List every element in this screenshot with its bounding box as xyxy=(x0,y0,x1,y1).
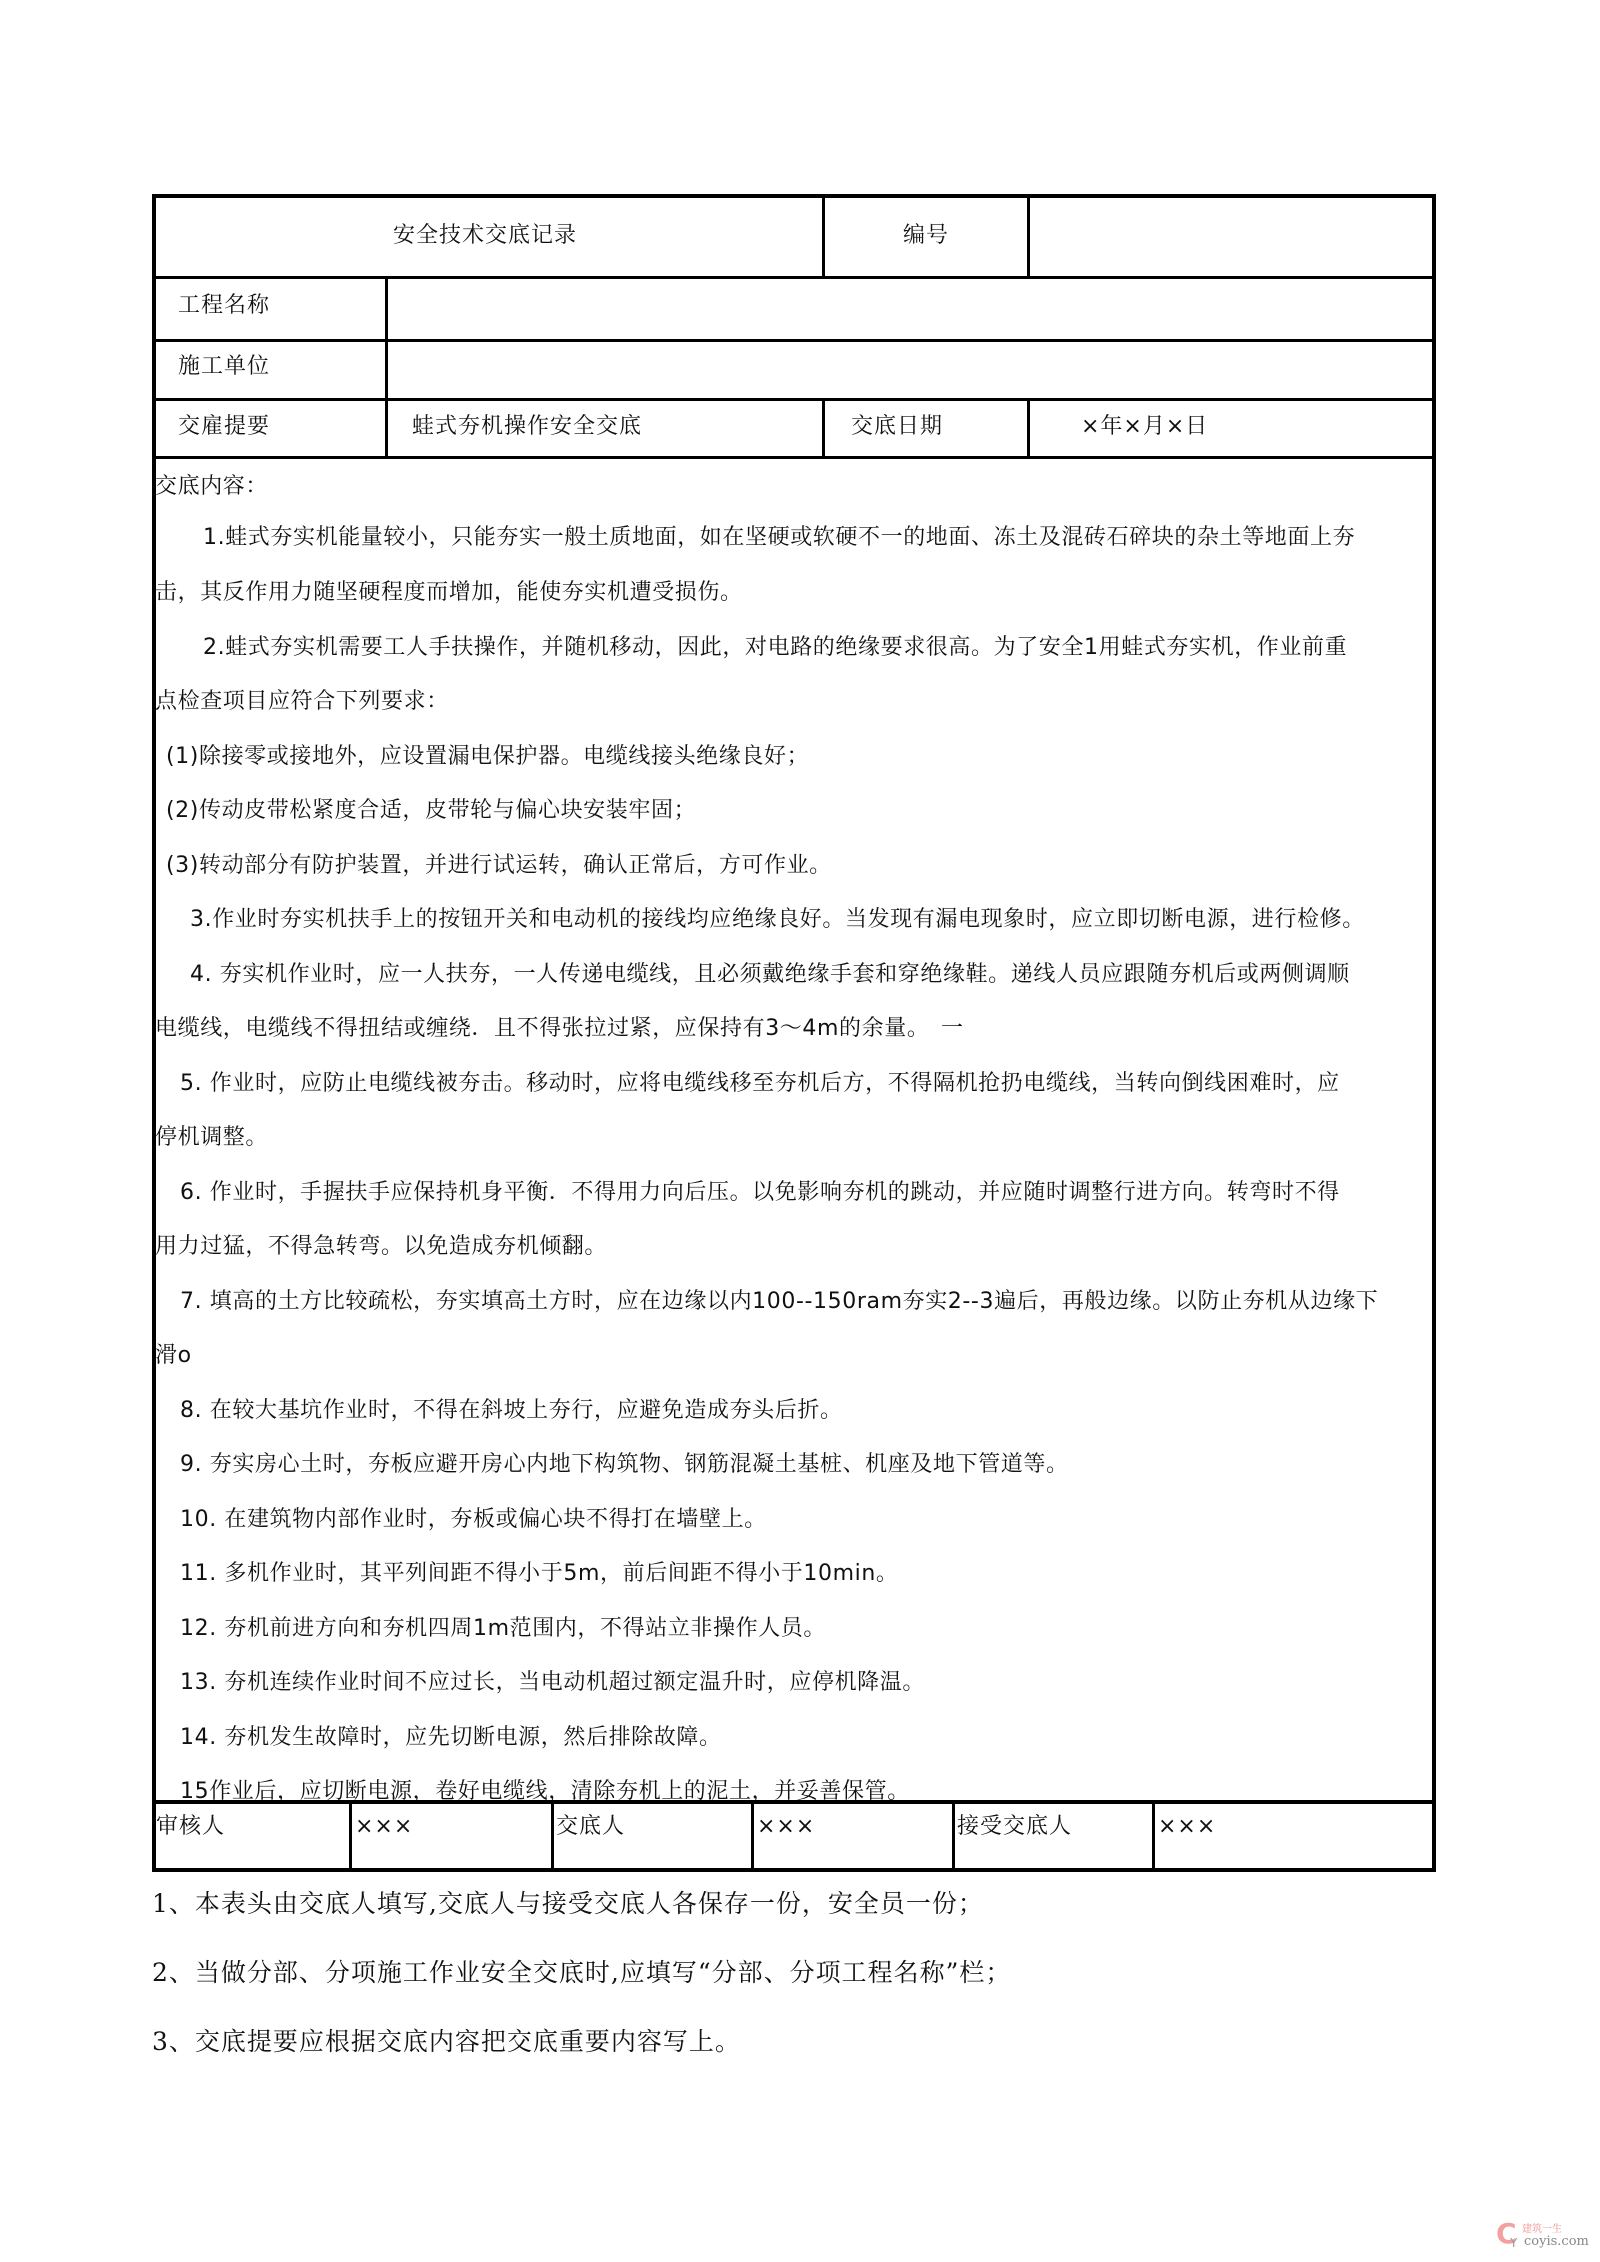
col-divider xyxy=(1027,398,1030,459)
summary-label: 交雇提要 xyxy=(178,414,270,440)
content-line: 3.作业时夯实机扶手上的按钮开关和电动机的接线均应绝缘良好。当发现有漏电现象时，… xyxy=(190,906,1365,934)
construction-unit-field[interactable] xyxy=(388,342,1430,398)
reviewer-value: ××× xyxy=(355,1814,413,1840)
content-line: 停机调整。 xyxy=(155,1124,268,1152)
watermark-logo-sub: Y xyxy=(1510,2236,1517,2250)
content-line: 击，其反作用力随坚硬程度而增加，能使夯实机遭受损伤。 xyxy=(155,579,743,607)
number-label: 编号 xyxy=(903,223,949,249)
content-line: 电缆线，电缆线不得扭结或缠绕．且不得张拉过紧，应保持有3～4m的余量。 一 xyxy=(155,1015,964,1043)
construction-unit-label: 施工单位 xyxy=(178,354,270,380)
reviewer-label: 审核人 xyxy=(156,1814,225,1840)
content-line: 2.蛙式夯实机需要工人手扶操作，并随机移动，因此，对电路的绝缘要求很高。为了安全… xyxy=(203,634,1347,662)
discloser-value: ××× xyxy=(757,1814,815,1840)
project-name-field[interactable] xyxy=(388,279,1430,339)
content-line: 滑o xyxy=(155,1342,192,1370)
content-line: 5. 作业时，应防止电缆线被夯击。移动时，应将电缆线移至夯机后方，不得隔机抢扔电… xyxy=(180,1070,1340,1098)
content-line: 7. 填高的土方比较疏松，夯实填高土方时，应在边缘以内100--150ram夯实… xyxy=(180,1288,1378,1316)
footnote-2: 2、当做分部、分项施工作业安全交底时,应填写“分部、分项工程名称”栏； xyxy=(152,1958,1011,1988)
watermark-cn-text: 建筑一生 xyxy=(1522,2220,1562,2235)
content-line: 点检查项目应符合下列要求： xyxy=(155,688,449,716)
content-line: 14. 夯机发生故障时，应先切断电源，然后排除故障。 xyxy=(180,1724,722,1752)
table-right-border xyxy=(1432,194,1436,1872)
content-line: (1)除接零或接地外，应设置漏电保护器。电缆线接头绝缘良好； xyxy=(166,743,809,771)
table-bottom-border xyxy=(152,1868,1436,1872)
content-line: 1.蛙式夯实机能量较小，只能夯实一般土质地面，如在坚硬或软硬不一的地面、冻土及混… xyxy=(203,524,1355,552)
form-title: 安全技术交底记录 xyxy=(393,223,577,249)
signature-row-top-border xyxy=(152,1800,1436,1804)
content-line: 6. 作业时，手握扶手应保持机身平衡．不得用力向后压。以免影响夯机的跳动，并应随… xyxy=(180,1179,1340,1207)
content-line: 8. 在较大基坑作业时，不得在斜坡上夯行，应避免造成夯头后折。 xyxy=(180,1397,843,1425)
content-line: (2)传动皮带松紧度合适，皮带轮与偏心块安装牢固； xyxy=(166,797,696,825)
content-line: 4. 夯实机作业时，应一人扶夯，一人传递电缆线，且必须戴绝缘手套和穿绝缘鞋。递线… xyxy=(190,961,1350,989)
date-label: 交底日期 xyxy=(851,414,943,440)
receiver-label: 接受交底人 xyxy=(957,1814,1072,1840)
row-divider xyxy=(152,398,1436,401)
content-line: 12. 夯机前进方向和夯机四周1m范围内，不得站立非操作人员。 xyxy=(180,1615,826,1643)
content-line: 9. 夯实房心土时，夯板应避开房心内地下构筑物、钢筋混凝土基桩、机座及地下管道等… xyxy=(180,1451,1069,1479)
col-divider xyxy=(952,1800,955,1872)
col-divider xyxy=(822,398,825,459)
content-line: 10. 在建筑物内部作业时，夯板或偏心块不得打在墙壁上。 xyxy=(180,1506,767,1534)
col-divider xyxy=(551,1800,554,1872)
summary-value: 蛙式夯机操作安全交底 xyxy=(412,414,642,440)
date-value: ×年×月×日 xyxy=(1081,414,1208,440)
number-field[interactable] xyxy=(1030,198,1430,276)
discloser-label: 交底人 xyxy=(556,1814,625,1840)
content-line: 13. 夯机连续作业时间不应过长，当电动机超过额定温升时，应停机降温。 xyxy=(180,1669,925,1697)
footnote-1: 1、本表头由交底人填写,交底人与接受交底人各保存一份，安全员一份； xyxy=(152,1889,984,1919)
watermark-en-text: coyis.com xyxy=(1524,2234,1589,2249)
col-divider xyxy=(1152,1800,1155,1872)
col-divider xyxy=(349,1800,352,1872)
col-divider xyxy=(751,1800,754,1872)
footnote-3: 3、交底提要应根据交底内容把交底重要内容写上。 xyxy=(152,2027,741,2057)
content-line: 11. 多机作业时，其平列间距不得小于5m，前后间距不得小于10min。 xyxy=(180,1560,899,1588)
site-watermark: C Y 建筑一生 coyis.com xyxy=(1496,2218,1596,2254)
project-name-label: 工程名称 xyxy=(178,293,270,319)
content-line: (3)转动部分有防护装置，并进行试运转，确认正常后，方可作业。 xyxy=(166,852,832,880)
row-divider xyxy=(152,456,1436,459)
content-heading: 交底内容： xyxy=(155,473,268,501)
col-divider xyxy=(822,194,825,278)
content-line: 用力过猛，不得急转弯。以免造成夯机倾翻。 xyxy=(155,1233,607,1261)
receiver-value: ××× xyxy=(1158,1814,1216,1840)
